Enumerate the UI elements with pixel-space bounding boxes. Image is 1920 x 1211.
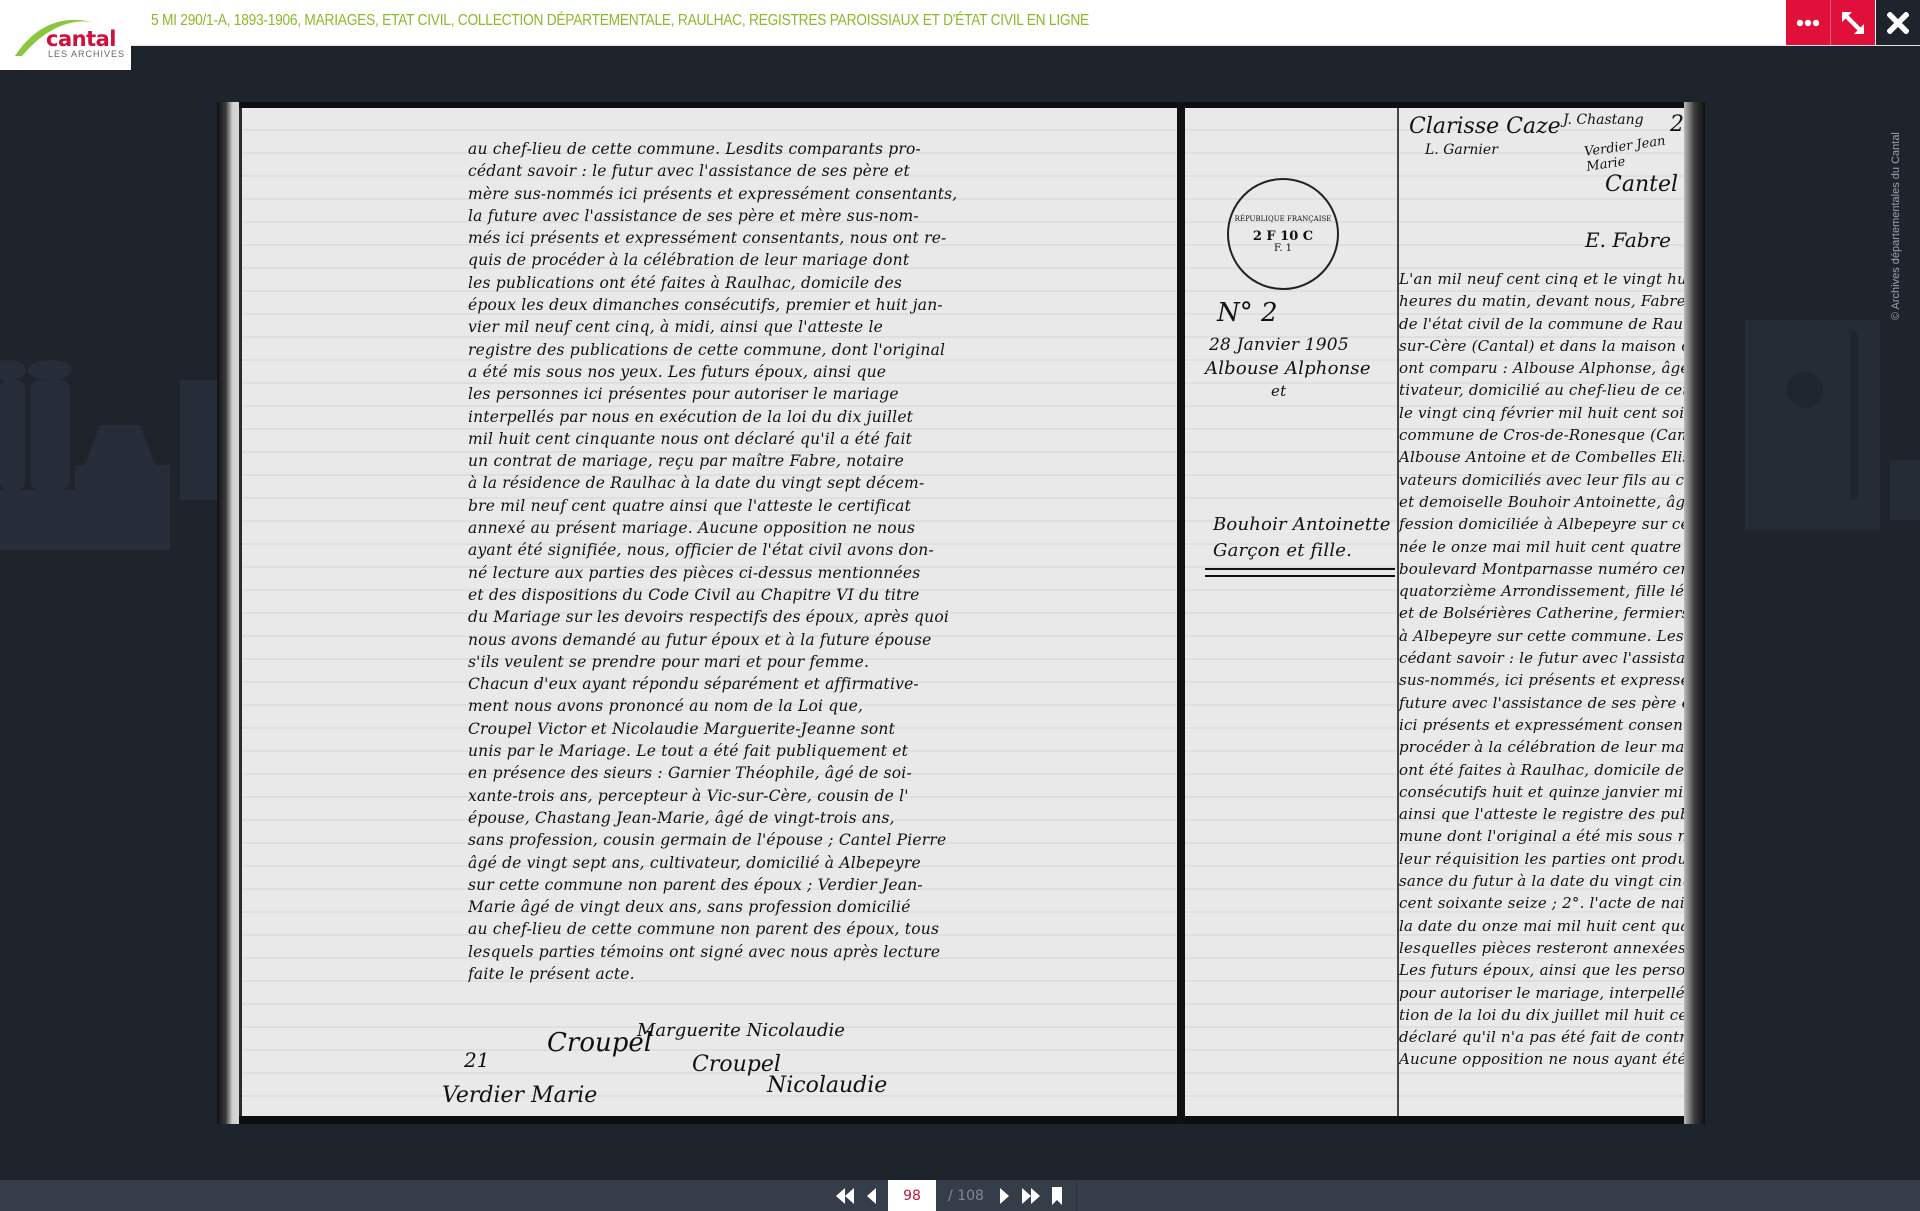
text-line: née le onze mai mil huit cent quatre vin… [1399,536,1684,558]
bride-block: Bouhoir Antoinette Garçon et fille. [1213,512,1391,564]
text-line: xante-trois ans, percepteur à Vic-sur-Cè… [468,785,978,807]
text-line: nous avons demandé au futur époux et à l… [468,629,978,651]
signature: Verdier Jean Marie [1583,131,1684,174]
top-bar: 5 MI 290/1-A, 1893-1906, MARIAGES, ETAT … [0,0,1920,46]
text-line: ont été faites à Raulhac, domicile des é… [1399,759,1684,781]
text-line: registre des publications de cette commu… [468,339,978,361]
book-spine [1177,102,1185,1124]
text-line: heures du matin, devant nous, Fabre Emil… [1399,290,1684,312]
close-x-icon [1887,12,1909,34]
text-line: cédant savoir : le futur avec l'assistan… [1399,647,1684,669]
signature: J. Chastang [1563,112,1644,128]
text-line: Chacun d'eux ayant répondu séparément et… [468,673,978,695]
text-line: cent soixante seize ; 2°. l'acte de nais… [1399,892,1684,914]
divider [1076,1180,1077,1211]
text-line: et des dispositions du Code Civil au Cha… [468,584,978,606]
text-line: du Mariage sur les devoirs respectifs de… [468,606,978,628]
cantal-archives-logo[interactable]: cantal LES ARCHIVES [0,0,131,70]
logo-brand: cantal [46,27,116,51]
text-line: les personnes ici présentes pour autoris… [468,383,978,405]
text-line: s'ils veulent se prendre pour mari et po… [468,651,978,673]
document-viewer[interactable]: au chef-lieu de cette commune. Lesdits c… [217,102,1705,1124]
logo-subtitle: LES ARCHIVES [48,49,125,59]
next-page-button[interactable] [992,1180,1018,1211]
text-line: sur-Cère (Cantal) et dans la maison comm… [1399,335,1684,357]
bookmark-button[interactable] [1044,1180,1070,1211]
ellipsis-icon [1796,19,1820,27]
text-line: quatorzième Arrondissement, fille légiti… [1399,580,1684,602]
text-line: un contrat de mariage, reçu par maître F… [468,450,978,472]
text-line: la date du onze mai mil huit cent quatre… [1399,915,1684,937]
signature: E. Fabre [1585,228,1671,252]
text-line: les publications ont été faites à Raulha… [468,272,978,294]
text-line: consécutifs huit et quinze janvier mil n… [1399,781,1684,803]
text-line: et de Bolsérières Catherine, fermiers, d… [1399,602,1684,624]
text-line: unis par le Mariage. Le tout a été fait … [468,740,978,762]
groom-name: Albouse Alphonse [1205,358,1371,380]
text-line: épouse, Chastang Jean-Marie, âgé de ving… [468,807,978,829]
text-line: en présence des sieurs : Garnier Théophi… [468,762,978,784]
text-line: et demoiselle Bouhoir Antoinette, âgée d… [1399,491,1684,513]
text-line: sans profession, cousin germain de l'épo… [468,829,978,851]
text-line: lesquels parties témoins ont signé avec … [468,941,978,963]
left-page: au chef-lieu de cette commune. Lesdits c… [239,108,1180,1116]
fullscreen-button[interactable] [1831,0,1875,45]
page-navigation: / 108 [832,1180,1077,1211]
previous-page-button[interactable] [858,1180,884,1211]
book-edge-left [217,102,239,1124]
text-line: annexé au présent mariage. Aucune opposi… [468,517,978,539]
signature: L. Garnier [1425,142,1498,158]
text-line: mil huit cent cinquante nous ont déclaré… [468,428,978,450]
bookmark-icon [1051,1187,1063,1205]
text-line: boulevard Montparnasse numéro cent cinqu… [1399,558,1684,580]
stamp-value: 2 F 10 C [1235,231,1332,243]
text-line: Les futurs époux, ainsi que les personne… [1399,959,1684,981]
page-mark: 21 [464,1048,489,1072]
page-number-mark: 24 [1670,112,1684,137]
text-line: Aucune opposition ne nous ayant été sign… [1399,1048,1684,1070]
text-line: la future avec l'assistance de ses père … [468,205,978,227]
signature: Marguerite Nicolaudie [637,1020,845,1041]
text-line: pour autoriser le mariage, interpellés p… [1399,982,1684,1004]
total-pages: / 108 [940,1188,992,1204]
background-illustration-left [0,300,220,550]
text-line: bre mil neuf cent quatre ainsi que l'att… [468,495,978,517]
background-illustration-right [1740,300,1920,550]
text-line: le vingt cinq février mil huit cent soix… [1399,402,1684,424]
double-chevron-right-icon [1020,1187,1042,1205]
text-line: ici présents et expressément consentants… [1399,714,1684,736]
double-chevron-left-icon [834,1187,856,1205]
text-line: Albouse Antoine et de Combelles Elisa, é… [1399,446,1684,468]
text-line: Marie âgé de vingt deux ans, sans profes… [468,896,978,918]
text-line: interpellés par nous en exécution de la … [468,406,978,428]
separator-double-rule [1205,568,1395,577]
text-line: tion de la loi du dix juillet mil huit c… [1399,1004,1684,1026]
left-page-text: au chef-lieu de cette commune. Lesdits c… [468,138,978,985]
text-line: à la résidence de Raulhac à la date du v… [468,472,978,494]
close-button[interactable] [1876,0,1920,45]
text-line: au chef-lieu de cette commune. Lesdits c… [468,138,978,160]
text-line: a été mis sous nos yeux. Les futurs épou… [468,361,978,383]
text-line: quis de procéder à la célébration de leu… [468,249,978,271]
more-options-button[interactable] [1786,0,1831,45]
text-line: commune de Cros-de-Ronesque (Cantal) fil… [1399,424,1684,446]
text-line: sus-nommés, ici présents et expressément… [1399,669,1684,691]
text-line: future avec l'assistance de ses père et … [1399,692,1684,714]
text-line: vier mil neuf cent cinq, à midi, ainsi q… [468,316,978,338]
last-page-button[interactable] [1018,1180,1044,1211]
current-page-input[interactable] [888,1180,936,1211]
text-line: mune dont l'original a été mis sous nos … [1399,825,1684,847]
chevron-left-icon [865,1187,877,1205]
text-line: ment nous avons prononcé au nom de la Lo… [468,695,978,717]
signature: Cantel [1605,172,1678,197]
text-line: âgé de vingt sept ans, cultivateur, domi… [468,852,978,874]
text-line: tivateur, domicilié au chef-lieu de cett… [1399,379,1684,401]
text-line: déclaré qu'il n'a pas été fait de contra… [1399,1026,1684,1048]
bride-name: Bouhoir Antoinette [1213,512,1391,538]
text-line: ayant été signifiée, nous, officier de l… [468,539,978,561]
act-number: N° 2 [1217,298,1278,328]
document-title: 5 MI 290/1-A, 1893-1906, MARIAGES, ETAT … [151,12,1089,30]
expand-arrows-icon [1840,10,1866,36]
chevron-right-icon [999,1187,1011,1205]
bride-note: Garçon et fille. [1213,538,1391,564]
stamp-text: RÉPUBLIQUE FRANÇAISE [1235,213,1332,225]
pagination-bar: / 108 [0,1180,1920,1211]
text-line: lesquelles pièces resteront annexées au … [1399,937,1684,959]
text-line: Croupel Victor et Nicolaudie Marguerite-… [468,718,978,740]
text-line: cédant savoir : le futur avec l'assistan… [468,160,978,182]
text-line: époux les deux dimanches consécutifs, pr… [468,294,978,316]
right-page: Clarisse Caze L. Garnier J. Chastang Ver… [1185,108,1684,1116]
text-line: sur cette commune non parent des époux ;… [468,874,978,896]
conjunction: et [1271,380,1286,402]
text-line: més ici présents et expressément consent… [468,227,978,249]
right-page-text: L'an mil neuf cent cinq et le vingt huit… [1399,268,1684,1071]
act-date: 28 Janvier 1905 [1209,334,1349,356]
text-line: au chef-lieu de cette commune non parent… [468,918,978,940]
first-page-button[interactable] [832,1180,858,1211]
text-line: ont comparu : Albouse Alphonse, âgé de v… [1399,357,1684,379]
signature: Nicolaudie [767,1073,887,1098]
stamp-extra: F. 1 [1235,243,1332,255]
text-line: L'an mil neuf cent cinq et le vingt huit… [1399,268,1684,290]
text-line: leur réquisition les parties ont produit… [1399,848,1684,870]
text-line: à Albepeyre sur cette commune. Lesdits c… [1399,625,1684,647]
signature: Verdier Marie [442,1083,597,1108]
tax-stamp: RÉPUBLIQUE FRANÇAISE 2 F 10 C F. 1 [1227,178,1339,290]
text-line: de l'état civil de la commune de Raulhac… [1399,313,1684,335]
text-line: né lecture aux parties des pièces ci-des… [468,562,978,584]
text-line: vateurs domiciliés avec leur fils au che… [1399,469,1684,491]
book-edge-right [1684,102,1705,1124]
text-line: sance du futur à la date du vingt cinq f… [1399,870,1684,892]
text-line: fession domiciliée à Albepeyre sur cette… [1399,513,1684,535]
copyright-notice: © Archives départementales du Cantal [1890,132,1902,320]
text-line: faite le présent acte. [468,963,978,985]
signature: Clarisse Caze [1409,114,1561,139]
text-line: procéder à la célébration de leur mariag… [1399,736,1684,758]
text-line: ainsi que l'atteste le registre des publ… [1399,803,1684,825]
text-line: mère sus-nommés ici présents et expressé… [468,183,978,205]
